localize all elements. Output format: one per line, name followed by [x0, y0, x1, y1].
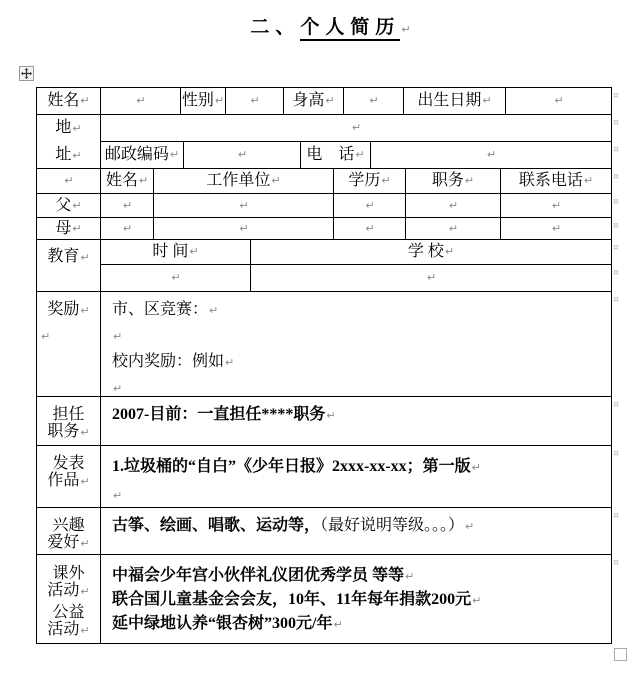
pilcrow-mark: ↵	[41, 330, 50, 343]
activities-label-cell[interactable]: 课外 活动↵ 公益 活动↵	[36, 554, 101, 644]
works-content-line1: 1.垃圾桶的“自白”《少年日报》2xxx-xx-xx；第一版↵	[112, 453, 607, 481]
pilcrow-mark: ↵	[80, 251, 89, 264]
pilcrow-mark: ↵	[449, 197, 458, 215]
awards-line-2: 校内奖励：例如↵	[112, 349, 607, 375]
pilcrow-mark: ↵	[72, 220, 81, 238]
school-header-cell[interactable]: 学 校↵	[250, 239, 612, 265]
row-end-marker: ¤	[613, 91, 619, 101]
pilcrow-mark: ↵	[333, 618, 342, 631]
activities-label-line2: 活动↵	[47, 582, 89, 600]
education-section-label-cell[interactable]: 教育↵	[36, 239, 101, 292]
address-value-cell[interactable]: ↵	[100, 114, 612, 142]
father-name-cell[interactable]: ↵	[100, 193, 154, 218]
parents-corner-cell[interactable]: ↵	[36, 168, 101, 194]
address-label-cell[interactable]: 地↵ 址↵	[36, 114, 101, 169]
pilcrow-mark: ↵	[472, 461, 481, 474]
postal-code-label: 邮政编码	[105, 146, 169, 164]
pilcrow-mark: ↵	[465, 172, 474, 190]
activities-label-line1: 课外	[52, 565, 84, 582]
father-education-cell[interactable]: ↵	[333, 193, 406, 218]
mother-label: 母	[55, 220, 71, 238]
birthdate-label-cell[interactable]: 出生日期↵	[403, 87, 506, 115]
duty-label-line1: 担任	[52, 406, 84, 423]
pilcrow-mark: ↵	[189, 243, 198, 261]
height-label-cell[interactable]: 身高↵	[283, 87, 344, 115]
pilcrow-mark: ↵	[170, 146, 179, 164]
table-move-handle[interactable]	[19, 66, 34, 81]
row-end-marker: ¤	[613, 295, 619, 305]
pilcrow-mark: ↵	[64, 172, 73, 190]
pilcrow-mark: ↵	[80, 92, 89, 110]
works-content-cell[interactable]: 1.垃圾桶的“自白”《少年日报》2xxx-xx-xx；第一版↵ ↵	[100, 445, 612, 508]
pilcrow-mark: ↵	[552, 220, 561, 238]
name-value-cell[interactable]: ↵	[100, 87, 181, 115]
gender-value-cell[interactable]: ↵	[225, 87, 284, 115]
pilcrow-mark: ↵	[113, 382, 122, 395]
parents-name-header-cell[interactable]: 姓名↵	[100, 168, 154, 194]
pilcrow-mark: ↵	[80, 475, 89, 488]
pilcrow-mark: ↵	[209, 304, 218, 317]
postal-code-value-cell[interactable]: ↵	[183, 141, 301, 169]
time-header: 时 间	[152, 243, 188, 261]
activities-content-cell[interactable]: 中福会少年宫小伙伴礼仪团优秀学员 等等↵ 联合国儿童基金会会友，10年、11年每…	[100, 554, 612, 644]
pilcrow-mark: ↵	[225, 356, 234, 369]
mother-education-cell[interactable]: ↵	[333, 217, 406, 240]
pilcrow-mark: ↵	[401, 23, 410, 36]
hobbies-label-line1: 兴趣	[52, 517, 84, 534]
father-work-unit-cell[interactable]: ↵	[153, 193, 334, 218]
title-prefix: 二、	[250, 17, 300, 38]
pilcrow-mark: ↵	[445, 243, 454, 261]
phone-value-cell[interactable]: ↵	[370, 141, 612, 169]
activities-line-1: 中福会少年宫小伙伴礼仪团优秀学员 等等↵	[112, 564, 607, 588]
awards-content-cell[interactable]: 市、区竞赛：↵ ↵ 校内奖励：例如↵ ↵	[100, 291, 612, 397]
pilcrow-mark: ↵	[427, 269, 436, 287]
birthdate-label: 出生日期	[417, 92, 481, 110]
education-header-cell[interactable]: 学历↵	[333, 168, 406, 194]
works-label-cell[interactable]: 发表 作品↵	[36, 445, 101, 508]
table-resize-handle[interactable]	[614, 648, 627, 661]
education-section-label: 教育↵	[47, 248, 89, 266]
pilcrow-mark: ↵	[72, 122, 81, 135]
hobbies-label-line2: 爱好↵	[47, 534, 89, 552]
gender-label-cell[interactable]: 性别↵	[180, 87, 226, 115]
pilcrow-mark: ↵	[355, 146, 364, 164]
pilcrow-mark: ↵	[449, 220, 458, 238]
resume-table: 姓名↵ ↵ 性别↵ ↵ 身高↵ ↵ 出生日期↵ ↵ 地↵ 址↵ ↵ 邮政编码↵ …	[36, 87, 612, 645]
row-end-marker: ¤	[613, 197, 619, 207]
father-label-cell[interactable]: 父↵	[36, 193, 101, 218]
gender-label: 性别	[182, 92, 214, 110]
pilcrow-mark: ↵	[239, 220, 248, 238]
work-unit-header: 工作单位	[206, 172, 270, 190]
pilcrow-mark: ↵	[465, 520, 474, 533]
activities-line-3: 延中绿地认养“银杏树”300元/年↵	[112, 612, 607, 636]
contact-phone-header-cell[interactable]: 联系电话↵	[500, 168, 612, 194]
work-unit-header-cell[interactable]: 工作单位↵	[153, 168, 334, 194]
pilcrow-mark: ↵	[80, 624, 89, 637]
pilcrow-mark: ↵	[123, 197, 132, 215]
height-value-cell[interactable]: ↵	[343, 87, 404, 115]
row-end-marker: ¤	[613, 243, 619, 253]
pilcrow-mark: ↵	[80, 585, 89, 598]
pilcrow-mark: ↵	[472, 594, 481, 607]
pilcrow-mark: ↵	[80, 426, 89, 439]
mother-work-unit-cell[interactable]: ↵	[153, 217, 334, 240]
pilcrow-mark: ↵	[552, 197, 561, 215]
row-end-marker: ¤	[613, 268, 619, 278]
row-end-marker: ¤	[613, 172, 619, 182]
pilcrow-mark: ↵	[584, 172, 593, 190]
parents-name-header: 姓名	[106, 172, 138, 190]
school-header: 学 校	[408, 243, 444, 261]
father-phone-cell[interactable]: ↵	[500, 193, 612, 218]
pilcrow-mark: ↵	[136, 92, 145, 110]
pilcrow-mark: ↵	[113, 489, 122, 502]
pilcrow-mark: ↵	[325, 92, 334, 110]
phone-label-cell[interactable]: 电 话↵	[300, 141, 371, 169]
works-label-line2: 作品↵	[47, 472, 89, 490]
row-end-marker: ¤	[613, 221, 619, 231]
pilcrow-mark: ↵	[215, 92, 224, 110]
hobbies-content-cell[interactable]: 古筝、绘画、唱歌、运动等，（最好说明等级。。。）↵	[100, 507, 612, 555]
postal-code-label-cell[interactable]: 邮政编码↵	[100, 141, 184, 169]
activities-label-line3: 公益	[52, 604, 84, 621]
pilcrow-mark: ↵	[238, 146, 247, 164]
pilcrow-mark: ↵	[239, 197, 248, 215]
move-arrows-icon	[21, 68, 32, 79]
title-underlined-text: 个人简历	[300, 17, 400, 41]
awards-label: 奖励↵	[37, 297, 100, 323]
phone-label: 电 话	[306, 146, 354, 164]
address-label-line1: 地↵	[55, 115, 81, 142]
pilcrow-mark: ↵	[113, 330, 122, 343]
pilcrow-mark: ↵	[80, 537, 89, 550]
row-end-marker: ¤	[613, 449, 619, 459]
pilcrow-mark: ↵	[365, 220, 374, 238]
mother-position-cell[interactable]: ↵	[405, 217, 501, 240]
school-value-cell[interactable]: ↵	[250, 264, 612, 292]
pilcrow-mark: ↵	[381, 172, 390, 190]
birthdate-value-cell[interactable]: ↵	[505, 87, 612, 115]
father-label: 父	[55, 197, 71, 215]
pilcrow-mark: ↵	[72, 197, 81, 215]
row-end-marker: ¤	[613, 400, 619, 410]
time-header-cell[interactable]: 时 间↵	[100, 239, 251, 265]
position-header: 职务	[432, 172, 464, 190]
hobbies-label-cell[interactable]: 兴趣 爱好↵	[36, 507, 101, 555]
row-end-marker: ¤	[613, 558, 619, 568]
awards-label-cell[interactable]: 奖励↵ ↵	[36, 291, 101, 397]
father-position-cell[interactable]: ↵	[405, 193, 501, 218]
awards-line-1: 市、区竞赛：↵	[112, 297, 607, 323]
activities-line-2: 联合国儿童基金会会友，10年、11年每年捐款200元↵	[112, 588, 607, 612]
pilcrow-mark: ↵	[405, 570, 414, 583]
pilcrow-mark: ↵	[80, 304, 89, 317]
pilcrow-mark: ↵	[482, 92, 491, 110]
pilcrow-mark: ↵	[271, 172, 280, 190]
pilcrow-mark: ↵	[171, 269, 180, 287]
mother-label-cell[interactable]: 母↵	[36, 217, 101, 240]
pilcrow-mark: ↵	[487, 146, 496, 164]
row-end-marker: ¤	[613, 511, 619, 521]
activities-label-line4: 活动↵	[47, 621, 89, 639]
address-label-line2: 址↵	[55, 142, 81, 169]
awards-label-empty-line: ↵	[37, 323, 100, 349]
works-empty-line: ↵	[112, 481, 607, 509]
height-label: 身高	[292, 92, 324, 110]
duty-label-cell[interactable]: 担任 职务↵	[36, 396, 101, 446]
duty-content: 2007-目前：一直担任****职务↵	[112, 406, 607, 425]
mother-phone-cell[interactable]: ↵	[500, 217, 612, 240]
row-end-marker: ¤	[613, 145, 619, 155]
time-value-cell[interactable]: ↵	[100, 264, 251, 292]
position-header-cell[interactable]: 职务↵	[405, 168, 501, 194]
name-label-cell[interactable]: 姓名↵	[36, 87, 101, 115]
pilcrow-mark: ↵	[352, 119, 361, 137]
page-title: 二、个人简历↵	[13, 12, 635, 39]
row-end-marker: ¤	[613, 118, 619, 128]
pilcrow-mark: ↵	[554, 92, 563, 110]
works-label-line1: 发表	[52, 455, 84, 472]
duty-content-cell[interactable]: 2007-目前：一直担任****职务↵	[100, 396, 612, 446]
pilcrow-mark: ↵	[72, 149, 81, 162]
duty-label-line2: 职务↵	[47, 423, 89, 441]
name-label: 姓名	[47, 92, 79, 110]
pilcrow-mark: ↵	[139, 172, 148, 190]
pilcrow-mark: ↵	[369, 92, 378, 110]
hobbies-content: 古筝、绘画、唱歌、运动等，（最好说明等级。。。）↵	[112, 517, 607, 536]
awards-empty-line: ↵	[112, 323, 607, 349]
pilcrow-mark: ↵	[250, 92, 259, 110]
pilcrow-mark: ↵	[326, 409, 335, 422]
pilcrow-mark: ↵	[123, 220, 132, 238]
pilcrow-mark: ↵	[365, 197, 374, 215]
mother-name-cell[interactable]: ↵	[100, 217, 154, 240]
education-header: 学历	[348, 172, 380, 190]
contact-phone-header: 联系电话	[519, 172, 583, 190]
